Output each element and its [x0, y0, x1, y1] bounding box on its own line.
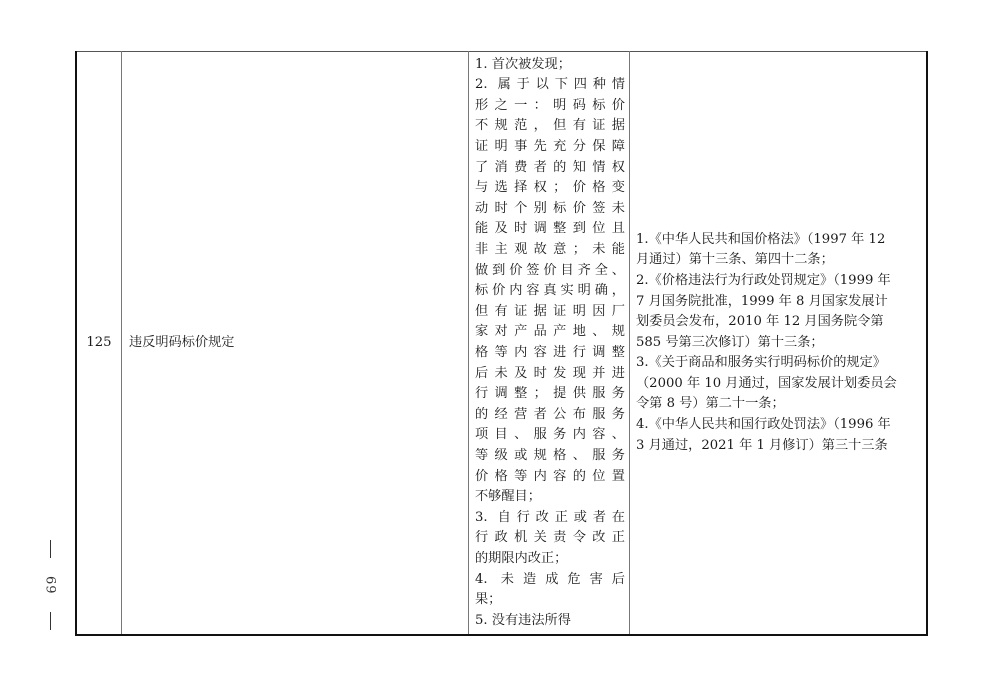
legal-basis: 1.《中华人民共和国价格法》（1997 年 12月通过）第十三条、第四十二条；2… [630, 52, 928, 636]
condition-line: 的经营者公布服务 [475, 405, 625, 426]
page-number-text: 69 [43, 576, 58, 595]
violation-table: 125 违反明码标价规定 1. 首次被发现；2. 属于以下四种情形之一：明码标价… [75, 51, 928, 636]
condition-line: 不够醒目； [475, 487, 625, 508]
condition-line: 等级或规格、服务 [475, 446, 625, 467]
condition-line: 格等内容进行调整 [475, 343, 625, 364]
violation-name: 违反明码标价规定 [122, 52, 469, 636]
condition-line: 3. 自行改正或者在 [475, 508, 625, 529]
legal-basis-line: 7 月国务院批准，1999 年 8 月国家发展计 [636, 292, 918, 313]
condition-line: 不规范，但有证据 [475, 116, 625, 137]
condition-line: 能及时调整到位且 [475, 219, 625, 240]
legal-basis-line: （2000 年 10 月通过，国家发展计划委员会 [636, 374, 918, 395]
condition-line: 非主观故意；未能 [475, 240, 625, 261]
condition-line: 形之一：明码标价 [475, 96, 625, 117]
condition-line: 证明事先充分保障 [475, 137, 625, 158]
condition-line: 项目、服务内容、 [475, 425, 625, 446]
legal-basis-line: 585 号第三次修订）第十三条； [636, 333, 918, 354]
condition-line: 但有证据证明因厂 [475, 302, 625, 323]
condition-line: 5. 没有违法所得 [475, 611, 625, 632]
condition-line: 标价内容真实明确， [475, 281, 625, 302]
legal-basis-line: 划委员会发布，2010 年 12 月国务院令第 [636, 312, 918, 333]
condition-line: 后未及时发现并进 [475, 364, 625, 385]
condition-line: 做到价签价目齐全、 [475, 261, 625, 282]
page-number: 69 [38, 540, 62, 630]
condition-line: 行调整；提供服务 [475, 384, 625, 405]
legal-basis-line: 令第 8 号）第二十一条； [636, 394, 918, 415]
legal-basis-line: 3.《关于商品和服务实行明码标价的规定》 [636, 353, 918, 374]
page-number-dash-top [50, 540, 51, 558]
legal-basis-line: 2.《价格违法行为行政处罚规定》（1999 年 [636, 271, 918, 292]
condition-line: 行政机关责令改正 [475, 528, 625, 549]
condition-line: 1. 首次被发现； [475, 55, 625, 76]
condition-line: 果； [475, 590, 625, 611]
exemption-conditions: 1. 首次被发现；2. 属于以下四种情形之一：明码标价不规范，但有证据证明事先充… [469, 52, 630, 636]
condition-line: 价格等内容的位置 [475, 467, 625, 488]
row-index: 125 [76, 52, 122, 636]
condition-line: 与选择权；价格变 [475, 178, 625, 199]
legal-basis-line: 4.《中华人民共和国行政处罚法》（1996 年 [636, 415, 918, 436]
condition-line: 4. 未造成危害后 [475, 570, 625, 591]
legal-basis-line: 3 月通过，2021 年 1 月修订）第三十三条 [636, 436, 918, 457]
condition-line: 的期限内改正； [475, 549, 625, 570]
condition-line: 动时个别标价签未 [475, 199, 625, 220]
condition-line: 了消费者的知情权 [475, 158, 625, 179]
condition-line: 家对产品产地、规 [475, 322, 625, 343]
page-number-dash-bottom [50, 612, 51, 630]
condition-line: 2. 属于以下四种情 [475, 75, 625, 96]
table-row: 125 违反明码标价规定 1. 首次被发现；2. 属于以下四种情形之一：明码标价… [76, 52, 927, 636]
legal-basis-line: 月通过）第十三条、第四十二条； [636, 250, 918, 271]
legal-basis-line: 1.《中华人民共和国价格法》（1997 年 12 [636, 230, 918, 251]
